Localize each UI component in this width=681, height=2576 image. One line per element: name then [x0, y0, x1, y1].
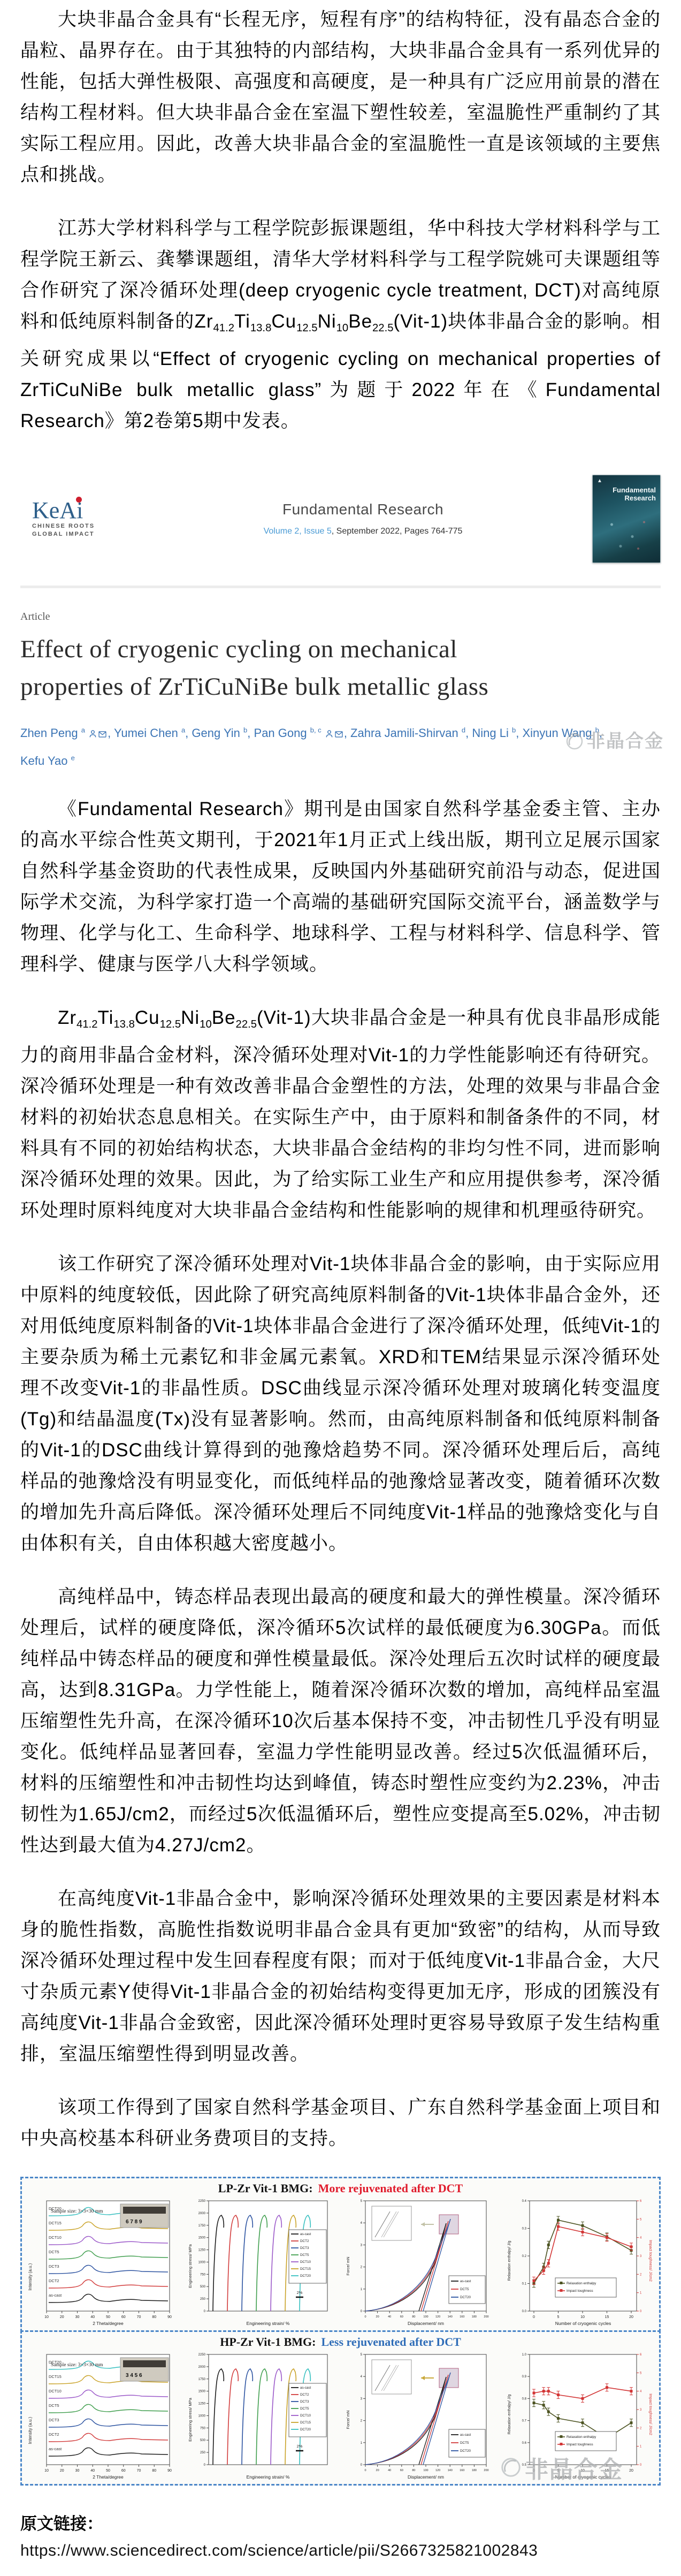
data-point	[542, 2404, 545, 2406]
data-point	[581, 2397, 584, 2400]
article-title: Effect of cryogenic cycling on mechanica…	[20, 630, 661, 705]
data-point	[542, 2269, 545, 2272]
chart-label: 90	[167, 2469, 172, 2473]
chart-label: DCT3	[49, 2418, 59, 2422]
figure-chart-row: as-castDCT2DCT3DCT5DCT10DCT15DCT20102030…	[25, 2350, 656, 2482]
data-point	[630, 2245, 633, 2248]
cover-publisher-logo-icon: ▲	[597, 478, 602, 484]
keai-text: KeAi	[32, 497, 83, 523]
text-run: 大块非晶合金具有“长程无序，短程有序”的结构特征，没有晶态合金的晶粒、晶界存在。…	[20, 9, 661, 185]
chart-label: DCT3	[49, 2264, 59, 2269]
chart-label: 0.8	[522, 2397, 527, 2400]
chart-label: 0.4	[522, 2200, 527, 2203]
chart-label: DCT5	[460, 2441, 469, 2445]
text-run: Be	[212, 1007, 236, 1028]
xrd-chart-lp: as-castDCT2DCT3DCT5DCT10DCT15DCT20102030…	[25, 2197, 179, 2328]
paragraph: Zr41.2Ti13.8Cu12.5Ni10Be22.5(Vit-1)大块非晶合…	[20, 1002, 661, 1226]
chart-label: 5	[361, 2200, 363, 2203]
formula-subscript: 10	[200, 1019, 212, 1030]
chart-label: Sample size: 3×3×30 mm	[51, 2362, 103, 2368]
chart-label: 30	[75, 2315, 80, 2319]
chart-label: 4	[640, 2237, 642, 2240]
chart-label: 80	[152, 2315, 156, 2319]
chart-label: Relaxation enthalpy	[567, 2435, 596, 2439]
chart-label: 2	[361, 2266, 363, 2269]
author[interactable]: Kefu Yao e	[20, 754, 75, 768]
figure-panel-hp: HP-Zr Vit-1 BMG:Less rejuvenated after D…	[20, 2330, 661, 2486]
paragraph: 江苏大学材料科学与工程学院彭振课题组，华中科技大学材料科学与工程学院王新云、龚攀…	[20, 213, 661, 437]
chart-label: DCT5	[460, 2288, 469, 2291]
author[interactable]: Zhen Peng a ,	[20, 726, 114, 740]
chart-label: Intensity (a.u.)	[28, 2263, 33, 2290]
chart-label: as-cast	[300, 2232, 311, 2236]
formula-subscript: 22.5	[372, 322, 393, 334]
chart-label: 5	[557, 2469, 560, 2473]
chart-label: DCT10	[49, 2235, 62, 2240]
author-name: Ning Li	[472, 726, 508, 740]
author[interactable]: Pan Gong b, c ,	[254, 726, 351, 740]
chart-label: DCT2	[300, 2239, 309, 2243]
data-point	[606, 2386, 608, 2389]
chart-label: 90	[167, 2315, 172, 2319]
article-title-line1: Effect of cryogenic cycling on mechanica…	[20, 635, 457, 663]
author-affiliation-sup: e	[71, 754, 75, 762]
chart-label: Relaxation enthalpy	[567, 2282, 596, 2285]
chart-label: DCT15	[300, 2267, 311, 2271]
chart-label: DCT20	[300, 2428, 311, 2431]
chart-label: 0	[533, 2469, 535, 2473]
chart-label: 100	[423, 2315, 428, 2319]
formula-subscript: 12.5	[296, 322, 317, 334]
chart-label: 6	[640, 2200, 642, 2203]
chart-label: as-cast	[49, 2446, 62, 2451]
article-title-line2: properties of ZrTiCuNiBe bulk metallic g…	[20, 673, 488, 701]
data-point	[547, 2410, 550, 2413]
load-displacement-chart-hp: 020406080100120140160180200012345as-cast…	[343, 2350, 497, 2482]
chart-label: 10	[44, 2315, 49, 2319]
chart-label: 2 Theta/degree	[93, 2474, 124, 2480]
chart-label: 120	[435, 2469, 440, 2472]
data-point	[557, 2218, 560, 2221]
chart-label: 0	[640, 2310, 642, 2313]
chart-label: 20	[60, 2315, 64, 2319]
chart-label: 4	[640, 2390, 642, 2393]
chart-label: 60	[400, 2315, 403, 2319]
chart-label: 180	[472, 2315, 477, 2319]
chart-label: 60	[400, 2469, 403, 2472]
keai-logo: KeAi CHINESE ROOTS GLOBAL IMPACT	[20, 499, 155, 538]
chart-label: 0.6	[522, 2442, 527, 2445]
chart-label: DCT20	[460, 2296, 471, 2299]
figure-title-subtitle: Less rejuvenated after DCT	[321, 2335, 461, 2349]
chart-label: 5	[640, 2218, 642, 2221]
data-point	[557, 2417, 560, 2420]
chart-label: DCT5	[49, 2250, 59, 2254]
chart-label: 3	[361, 2244, 363, 2247]
chart-label: 5	[557, 2315, 560, 2319]
legend-box	[555, 2431, 616, 2451]
chart-label: DCT15	[300, 2421, 311, 2425]
chart-label: as-cast	[460, 2433, 471, 2437]
chart-label: DCT15	[49, 2221, 62, 2225]
author[interactable]: Yumei Chen a,	[114, 726, 192, 740]
stress-strain-chart-hp: 0250500750100012501500175020002250as-cas…	[184, 2350, 338, 2482]
text-run: 《Fundamental Research》期刊是由国家自然科学基金委主管、主办…	[20, 799, 661, 975]
chart-label: Impact toughness	[567, 2443, 593, 2446]
issue-link[interactable]: Volume 2, Issue 5	[264, 527, 332, 536]
chart-label: 4	[361, 2375, 363, 2379]
chart-label: 0.5	[522, 2464, 527, 2467]
chart-label: Displacement/ nm	[408, 2474, 444, 2480]
text-run: Zr	[58, 1007, 76, 1028]
chart-label: 1	[640, 2292, 642, 2295]
data-point	[630, 2390, 633, 2392]
chart-label: 5	[640, 2372, 642, 2375]
text-run: 该项工作得到了国家自然科学基金项目、广东自然科学基金面上项目和中央高校基本科研业…	[20, 2097, 661, 2149]
journal-cover-thumbnail: ▲ Fundamental Research	[592, 475, 661, 563]
author-name: Zahra Jamili-Shirvan	[350, 726, 458, 740]
data-point	[557, 2393, 560, 2396]
chart-label: Force/ mN	[346, 2410, 350, 2429]
chart-label: Relaxation enthalpy/ J/g	[508, 2394, 511, 2434]
chart-label: 0.7	[522, 2419, 527, 2422]
chart-label: 80	[412, 2315, 415, 2319]
data-point	[542, 2390, 545, 2392]
chart-label: 160	[460, 2469, 464, 2472]
chart-label: 1750	[198, 2224, 206, 2228]
text-run: Ni	[318, 311, 336, 332]
formula-subscript: 22.5	[236, 1019, 257, 1030]
chart-label: DCT2	[49, 2432, 59, 2437]
chart-label: 1250	[198, 2248, 206, 2252]
chart-label: 10	[580, 2469, 585, 2473]
chart-label: 0	[533, 2315, 535, 2319]
chart-label: 2 Theta/degree	[93, 2321, 124, 2326]
chart-label: 0	[364, 2315, 366, 2319]
formula-subscript: 12.5	[160, 1019, 181, 1030]
chart-label: 20	[629, 2469, 633, 2473]
author-name: Yumei Chen	[114, 726, 178, 740]
chart-label: 60	[121, 2469, 126, 2473]
source-link-label: 原文链接：	[20, 2510, 661, 2534]
keai-tagline-2: GLOBAL IMPACT	[32, 530, 155, 538]
chart-label: 1000	[198, 2414, 206, 2418]
chart-label: 2250	[198, 2353, 206, 2357]
chart-label: 140	[448, 2315, 453, 2319]
formula-subscript: 41.2	[76, 1019, 97, 1030]
data-point	[547, 2262, 550, 2265]
chart-label: 2	[640, 2273, 642, 2276]
chart-label: 1250	[198, 2402, 206, 2405]
paragraph: 在高纯度Vit-1非晶合金中，影响深冷循环处理效果的主要因素是材料本身的脆性指数…	[20, 1883, 661, 2070]
chart-label: 0.9	[522, 2375, 527, 2379]
figure-title-subtitle: More rejuvenated after DCT	[318, 2182, 463, 2195]
chart-label: 0	[361, 2464, 363, 2467]
chart-label: 0.2	[522, 2255, 527, 2258]
chart-label: 1500	[198, 2237, 206, 2240]
chart-label: Engineering stress/ MPa	[188, 2397, 193, 2442]
data-point	[581, 2421, 584, 2424]
chart-label: 20	[629, 2315, 633, 2319]
chart-label: 100	[423, 2469, 428, 2472]
chart-label: Number of cryogenic cycles	[555, 2474, 611, 2480]
chart-label: DCT20	[460, 2449, 471, 2453]
person-icon	[326, 730, 333, 738]
divider	[20, 586, 661, 588]
chart-label: 30	[75, 2469, 80, 2473]
envelope-icon	[98, 731, 106, 738]
chart-label: 3	[640, 2408, 642, 2412]
chart-label: 750	[200, 2427, 206, 2430]
data-point	[581, 2231, 584, 2233]
author-list-line2: Kefu Yao e	[20, 746, 661, 773]
cover-artwork	[597, 510, 656, 558]
chart-label: 50	[106, 2469, 110, 2473]
author-name: Xinyun Wang	[522, 726, 592, 740]
text-run: 在高纯度Vit-1非晶合金中，影响深冷循环处理效果的主要因素是材料本身的脆性指数…	[20, 1888, 661, 2064]
author[interactable]: Geng Yin b,	[192, 726, 254, 740]
chart-label: Engineering strain/ %	[247, 2474, 290, 2480]
chart-label: 3	[361, 2397, 363, 2400]
chart-label: 40	[90, 2469, 95, 2473]
chart-label: DCT10	[49, 2389, 62, 2393]
text-run: Be	[348, 311, 372, 332]
author-name: Pan Gong	[254, 726, 307, 740]
issue-rest: , September 2022, Pages 764-775	[332, 527, 463, 536]
author[interactable]: Xinyun Wang b,	[522, 726, 602, 740]
chart-label: DCT20	[300, 2274, 311, 2278]
author-name: Kefu Yao	[20, 754, 67, 768]
xrd-chart-hp: as-castDCT2DCT3DCT5DCT10DCT15DCT20102030…	[25, 2350, 179, 2482]
figure-panel-title: LP-Zr Vit-1 BMG:More rejuvenated after D…	[25, 2182, 656, 2195]
chart-label: Relaxation enthalpy/ J/g	[508, 2240, 511, 2281]
chart-label: 2%	[297, 2290, 303, 2295]
chart-label: 140	[448, 2469, 453, 2472]
chart-label: Impact toughness	[567, 2289, 593, 2293]
text-run: Ni	[181, 1007, 200, 1028]
chart-label: 60	[121, 2315, 126, 2319]
chart-label: as-cast	[300, 2386, 311, 2390]
load-displacement-chart-lp: 020406080100120140160180200012345as-cast…	[343, 2197, 497, 2328]
chart-label: 5	[361, 2353, 363, 2357]
chart-label: 4	[361, 2222, 363, 2225]
chart-label: 20	[60, 2469, 64, 2473]
chart-label: 40	[388, 2315, 391, 2319]
article-type-label: Article	[20, 611, 661, 623]
paragraph: 该工作研究了深冷循环处理对Vit-1块体非晶合金的影响，由于实际应用中原料的纯度…	[20, 1249, 661, 1559]
chart-label: 250	[200, 2451, 206, 2455]
data-point	[533, 2279, 535, 2282]
footer: 原文链接： https://www.sciencedirect.com/scie…	[20, 2510, 661, 2560]
text-run: Cu	[271, 311, 296, 332]
stress-strain-chart-lp: 0250500750100012501500175020002250as-cas…	[184, 2197, 338, 2328]
chart-label: 0	[204, 2310, 206, 2313]
chart-label: 40	[90, 2315, 95, 2319]
text-run: (Vit-1)大块非晶合金是一种具有优良非晶形成能力的商用非晶合金材料，深冷循环…	[20, 1007, 661, 1221]
legend-box	[555, 2278, 616, 2297]
chart-label: 20	[376, 2469, 379, 2472]
author-affiliation-sup: b	[595, 726, 599, 734]
author-list: Zhen Peng a , Yumei Chen a, Geng Yin b, …	[20, 718, 661, 773]
figure-title-main: LP-Zr Vit-1 BMG:	[218, 2182, 313, 2195]
chart-label: DCT5	[300, 2253, 309, 2257]
figure-panel-lp: LP-Zr Vit-1 BMG:More rejuvenated after D…	[20, 2177, 661, 2332]
chart-label: 2000	[198, 2366, 206, 2369]
chart-label: 160	[460, 2315, 464, 2319]
formula-subscript: 41.2	[213, 322, 234, 334]
chart-label: 2%	[297, 2444, 303, 2449]
chart-label: DCT3	[300, 2400, 309, 2404]
chart-label: Impact toughness/ J/cm2	[648, 2240, 652, 2282]
journal-issue-line: Volume 2, Issue 5, September 2022, Pages…	[155, 527, 571, 536]
paragraph: 高纯样品中，铸态样品表现出最高的硬度和最大的弹性模量。深冷循环处理后，试样的硬度…	[20, 1582, 661, 1861]
author-affiliation-sup: b	[512, 726, 516, 734]
figure-title-main: HP-Zr Vit-1 BMG:	[220, 2335, 316, 2349]
chart-label: 1500	[198, 2390, 206, 2393]
chart-label: 1000	[198, 2261, 206, 2264]
chart-label: 3	[640, 2255, 642, 2258]
chart-label: 250	[200, 2298, 206, 2301]
data-point	[547, 2244, 550, 2246]
cover-title: Fundamental Research	[592, 486, 657, 502]
chart-label: 40	[388, 2469, 391, 2472]
chart-label: 70	[137, 2315, 141, 2319]
article-page: 大块非晶合金具有“长程无序，短程有序”的结构特征，没有晶态合金的晶粒、晶界存在。…	[0, 0, 681, 2576]
figure-panel-title: HP-Zr Vit-1 BMG:Less rejuvenated after D…	[25, 2335, 656, 2349]
text-run: Ti	[98, 1007, 114, 1028]
chart-label: 1750	[198, 2378, 206, 2381]
chart-label: DCT2	[300, 2393, 309, 2397]
chart-label: 2250	[198, 2200, 206, 2203]
chart-label: 500	[200, 2439, 206, 2442]
chart-label: Sample size: 3×3×30 mm	[51, 2209, 103, 2214]
chart-label: Force/ mN	[346, 2256, 350, 2275]
chart-label: 80	[152, 2469, 156, 2473]
chart-label: DCT5	[300, 2407, 309, 2411]
figure: LP-Zr Vit-1 BMG:More rejuvenated after D…	[20, 2177, 661, 2486]
keai-wordmark: KeAi	[32, 499, 83, 522]
chart-label: 2000	[198, 2212, 206, 2215]
chart-label: DCT10	[300, 2260, 311, 2264]
chart-label: 1	[640, 2445, 642, 2449]
chart-label: 180	[472, 2469, 477, 2472]
author[interactable]: Zahra Jamili-Shirvan d,	[350, 726, 472, 740]
chart-label: 120	[435, 2315, 440, 2319]
source-link-url[interactable]: https://www.sciencedirect.com/science/ar…	[20, 2542, 661, 2560]
author-list-line1: Zhen Peng a , Yumei Chen a, Geng Yin b, …	[20, 718, 661, 746]
chart-label: 2	[361, 2419, 363, 2422]
formula-subscript: 13.8	[250, 322, 271, 334]
chart-label: DCT15	[49, 2374, 62, 2379]
journal-title-block: Fundamental Research Volume 2, Issue 5, …	[155, 501, 592, 536]
author-affiliation-sup: a	[81, 726, 85, 734]
author-affiliation-sup: d	[462, 726, 465, 734]
chart-label: DCT3	[300, 2246, 309, 2250]
chart-label: 15	[605, 2315, 609, 2319]
data-point	[533, 2402, 535, 2404]
intro-paragraphs: 大块非晶合金具有“长程无序，短程有序”的结构特征，没有晶态合金的晶粒、晶界存在。…	[20, 4, 661, 437]
chart-label: Engineering strain/ %	[247, 2321, 290, 2326]
chart-label: Displacement/ nm	[408, 2321, 444, 2326]
chart-label: 0	[361, 2310, 363, 2313]
chart-label: Number of cryogenic cycles	[555, 2321, 611, 2326]
chart-label: 10	[44, 2469, 49, 2473]
paragraph: 该项工作得到了国家自然科学基金项目、广东自然科学基金面上项目和中央高校基本科研业…	[20, 2092, 661, 2154]
person-icon	[89, 730, 96, 738]
author-name: Zhen Peng	[20, 726, 78, 740]
author-affiliation-sup: b, c	[310, 726, 322, 734]
chart-label: Engineering stress/ MPa	[188, 2244, 193, 2288]
journal-name: Fundamental Research	[155, 501, 571, 518]
paragraph: 大块非晶合金具有“长程无序，短程有序”的结构特征，没有晶态合金的晶粒、晶界存在。…	[20, 4, 661, 191]
enthalpy-toughness-chart-lp: 0.00.10.20.30.4012345605101520Relaxation…	[502, 2197, 656, 2328]
chart-label: 200	[484, 2315, 488, 2319]
chart-label: 0.0	[522, 2310, 527, 2313]
data-point	[630, 2421, 633, 2424]
chart-label: DCT5	[49, 2403, 59, 2408]
data-point	[547, 2390, 550, 2392]
data-point	[557, 2225, 560, 2228]
body-paragraphs: 《Fundamental Research》期刊是由国家自然科学基金委主管、主办…	[20, 794, 661, 2154]
chart-label: 6 7 8 9	[126, 2219, 142, 2225]
data-point	[533, 2391, 535, 2394]
formula-subscript: 10	[336, 322, 349, 334]
chart-label: 0.3	[522, 2227, 527, 2230]
chart-label: Intensity (a.u.)	[28, 2417, 33, 2444]
author[interactable]: Ning Li b,	[472, 726, 522, 740]
data-point	[606, 2236, 608, 2239]
chart-label: 1.0	[522, 2353, 527, 2357]
chart-label: 3 4 5 6	[126, 2373, 142, 2379]
chart-label: 500	[200, 2285, 206, 2289]
chart-label: 0	[640, 2464, 642, 2467]
chart-label: 6	[640, 2353, 642, 2357]
chart-label: as-cast	[460, 2279, 471, 2283]
chart-label: 15	[605, 2469, 609, 2473]
chart-label: 50	[106, 2315, 110, 2319]
chart-label: 10	[580, 2315, 585, 2319]
chart-label: 750	[200, 2273, 206, 2276]
chart-label: Impact toughness/ J/cm2	[648, 2393, 652, 2435]
chart-label: DCT2	[49, 2278, 59, 2283]
text-run: 高纯样品中，铸态样品表现出最高的硬度和最大的弹性模量。深冷循环处理后，试样的硬度…	[20, 1586, 661, 1856]
chart-label: 200	[484, 2469, 488, 2472]
enthalpy-toughness-chart-hp: 0.50.60.70.80.91.0012345605101520Relaxat…	[502, 2350, 656, 2482]
chart-label: 1	[361, 2442, 363, 2445]
author-name: Geng Yin	[192, 726, 240, 740]
chart-label: 0.1	[522, 2282, 527, 2285]
text-run: Ti	[234, 311, 250, 332]
journal-header: KeAi CHINESE ROOTS GLOBAL IMPACT Fundame…	[20, 462, 661, 575]
formula-subscript: 13.8	[113, 1019, 134, 1030]
chart-label: as-cast	[49, 2293, 62, 2298]
chart-label: 0	[364, 2469, 366, 2472]
figure-chart-row: as-castDCT2DCT3DCT5DCT10DCT15DCT20102030…	[25, 2197, 656, 2328]
chart-label: 0	[204, 2464, 206, 2467]
chart-label: 70	[137, 2469, 141, 2473]
author-affiliation-sup: a	[181, 726, 185, 734]
text-run: 该工作研究了深冷循环处理对Vit-1块体非晶合金的影响，由于实际应用中原料的纯度…	[20, 1253, 661, 1554]
chart-label: 1	[361, 2288, 363, 2291]
data-point	[581, 2224, 584, 2227]
author-affiliation-sup: b	[243, 726, 247, 734]
envelope-icon	[335, 731, 343, 738]
keai-tagline-1: CHINESE ROOTS	[32, 522, 155, 530]
chart-label: 2	[640, 2427, 642, 2430]
paragraph: 《Fundamental Research》期刊是由国家自然科学基金委主管、主办…	[20, 794, 661, 980]
text-run: Cu	[135, 1007, 160, 1028]
chart-label: DCT10	[300, 2414, 311, 2418]
